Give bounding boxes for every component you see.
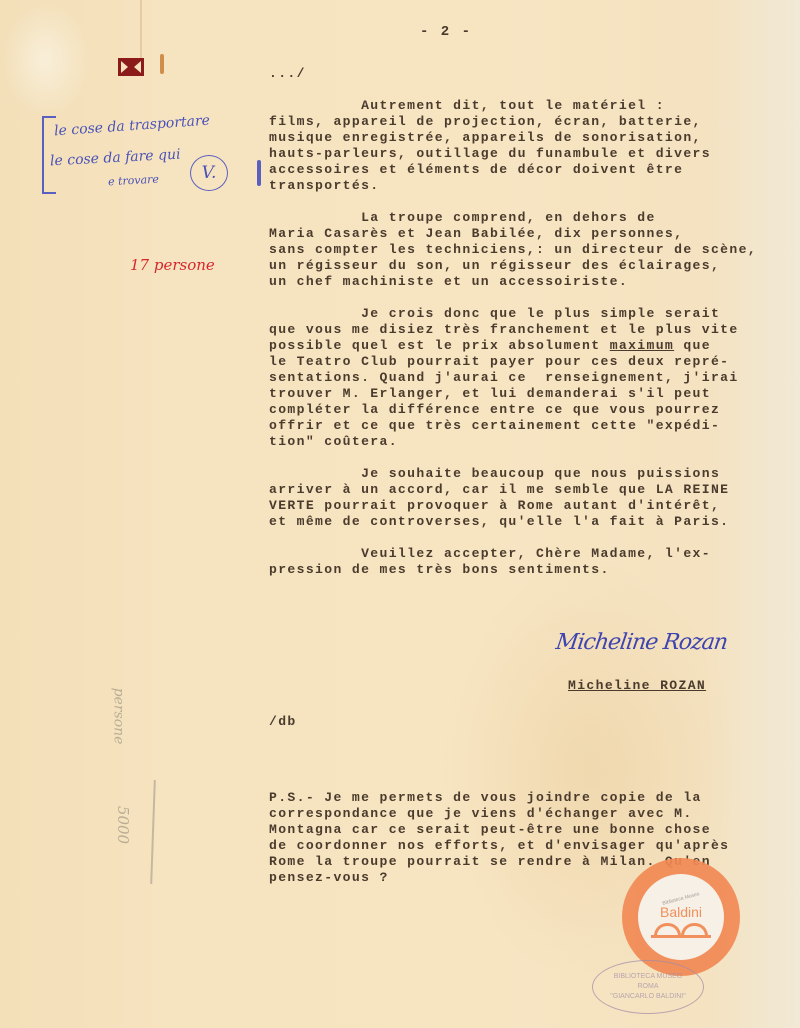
text-line: P.S.- Je me permets de vous joindre copi… — [269, 790, 702, 806]
text-segment: possible quel est le prix absolument — [269, 338, 610, 353]
pencil-note-number: 5000 — [114, 806, 132, 844]
text-line: trouver M. Erlanger, et lui demanderai s… — [269, 386, 711, 402]
library-logo-name: Baldini — [660, 904, 702, 920]
margin-note-line-3: e trovare — [108, 173, 159, 189]
text-line: arriver à un accord, car il me semble qu… — [269, 482, 729, 498]
text-line: Veuillez accepter, Chère Madame, l'ex- — [269, 546, 711, 562]
text-line: transportés. — [269, 178, 380, 194]
text-line: films, appareil de projection, écran, ba… — [269, 114, 702, 130]
letterhead-logo-icon — [118, 58, 144, 76]
text-line: un chef machiniste et un accessoiriste. — [269, 274, 628, 290]
text-line: Maria Casarès et Jean Babilée, dix perso… — [269, 226, 683, 242]
text-line: que vous me disiez très franchement et l… — [269, 322, 739, 338]
library-logo-inner: Biblioteca Museo Baldini — [638, 874, 724, 960]
paper-fold — [140, 0, 142, 60]
paper-stain — [0, 0, 90, 120]
text-line: offrir et ce que très certainement cette… — [269, 418, 720, 434]
text-line: et même de controverses, qu'elle l'a fai… — [269, 514, 729, 530]
text-line: pensez-vous ? — [269, 870, 389, 886]
text-line: Rome la troupe pourrait se rendre à Mila… — [269, 854, 711, 870]
text-line: Je souhaite beaucoup que nous puissions — [269, 466, 720, 482]
book-icon — [651, 922, 711, 938]
typist-initials: /db — [269, 714, 297, 730]
text-line: accessoires et éléments de décor doivent… — [269, 162, 683, 178]
text-line: sans compter les techniciens,: un direct… — [269, 242, 757, 258]
text-line: La troupe comprend, en dehors de — [269, 210, 656, 226]
stamp-line-3: "GIANCARLO BALDINI" — [610, 992, 685, 1002]
margin-circle-mark: V. — [190, 155, 228, 191]
pencil-note-vertical: persone — [110, 688, 126, 745]
continuation-mark: .../ — [269, 66, 306, 82]
text-line: le Teatro Club pourrait payer pour ces d… — [269, 354, 729, 370]
text-line: Autrement dit, tout le matériel : — [269, 98, 665, 114]
text-line: compléter la différence entre ce que vou… — [269, 402, 720, 418]
text-line: Montagna car ce serait peut-être une bon… — [269, 822, 711, 838]
letter-page: le cose da trasportare le cose da fare q… — [0, 0, 800, 1028]
text-line: pression de mes très bons sentiments. — [269, 562, 610, 578]
typed-signature: Micheline ROZAN — [568, 678, 706, 694]
text-line: Je crois donc que le plus simple serait — [269, 306, 720, 322]
text-line: possible quel est le prix absolument max… — [269, 338, 711, 354]
text-line: musique enregistrée, appareils de sonori… — [269, 130, 702, 146]
text-line: sentations. Quand j'aurai ce renseigneme… — [269, 370, 739, 386]
text-line: hauts-parleurs, outillage du funambule e… — [269, 146, 711, 162]
text-line: de coordonner nos efforts, et d'envisage… — [269, 838, 729, 854]
library-oval-stamp: BIBLIOTECA MUSEO ROMA "GIANCARLO BALDINI… — [592, 960, 704, 1014]
text-line: correspondance que je viens d'échanger a… — [269, 806, 693, 822]
text-line: VERTE pourrait provoquer à Rome autant d… — [269, 498, 720, 514]
text-line: tion" coûtera. — [269, 434, 398, 450]
stamp-line-1: BIBLIOTECA MUSEO — [614, 972, 682, 982]
handwritten-signature: Micheline Rozan — [554, 630, 729, 655]
page-number: - 2 - — [420, 24, 472, 40]
text-line: un régisseur du son, un régisseur des éc… — [269, 258, 720, 274]
rust-stain — [160, 54, 164, 74]
underlined-word: maximum — [610, 338, 674, 353]
margin-bar-mark — [257, 160, 261, 186]
margin-note-line-2: le cose da fare qui — [50, 147, 181, 170]
text-segment: que — [674, 338, 711, 353]
margin-note-line-1: le cose da trasportare — [54, 113, 211, 140]
pencil-line — [150, 780, 155, 884]
margin-note-red: 17 persone — [130, 256, 215, 274]
stamp-line-2: ROMA — [638, 982, 659, 992]
circle-label: V. — [202, 163, 217, 183]
library-logo-stamp: Biblioteca Museo Baldini — [622, 858, 740, 976]
